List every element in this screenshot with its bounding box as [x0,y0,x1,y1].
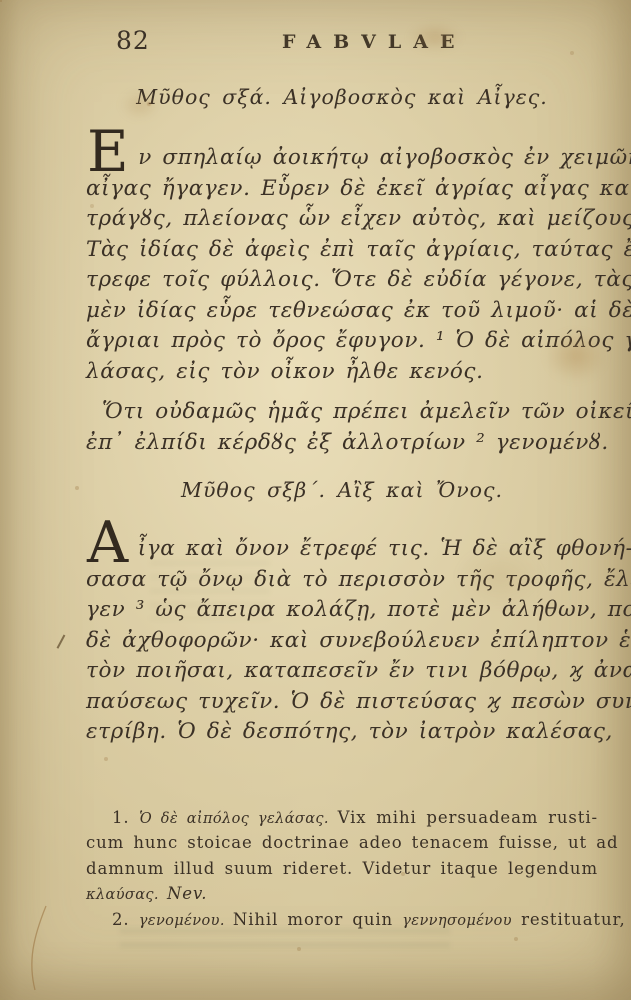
text-column: Μῦθος σξά. Αἰγοβοσκὸς καὶ Αἶγες. Εν σπηλ… [86,84,598,932]
footnote-segment: Nihil moror quin [233,910,402,929]
fable-261-body: Εν σπηλαίῳ ἀοικήτῳ αἰγοβοσκὸς ἐν χειμῶνι… [86,143,598,387]
footnote-line: 1. Ὁ δὲ αἰπόλος γελάσας. Vix mihi persua… [86,805,598,831]
text-line: γεν ³ ὡς ἄπειρα κολάζῃ, ποτὲ μὲν ἀλήθων,… [86,595,598,626]
text-line: ετρίβη. Ὁ δὲ δεσπότης, τὸν ἰατρὸν καλέσα… [86,717,598,748]
text-line-content: ἶγα καὶ ὄνον ἔτρεφέ τις. Ἡ δὲ αἲξ φθονή- [138,536,631,561]
drop-cap-alpha: Α [87,521,129,551]
footnote-segment: 2. [112,910,139,929]
footnote-segment: κλαύσας. [86,887,167,903]
text-line: δὲ ἀχθοφορῶν· καὶ συνεβούλευεν ἐπίληπτον… [86,626,598,657]
page-number: 82 [116,26,150,55]
footnotes-section: 1. Ὁ δὲ αἰπόλος γελάσας. Vix mihi persua… [86,805,598,933]
footnote-segment: restituatur, [512,910,626,929]
text-line: αἶγας ἤγαγεν. Εὗρεν δὲ ἐκεῖ ἀγρίας αἶγας… [86,174,598,205]
text-line: λάσας, εἰς τὸν οἶκον ἦλθε κενός. [86,357,598,388]
text-line: μὲν ἰδίας εὗρε τεθνεώσας ἐκ τοῦ λιμοῦ· α… [86,296,598,327]
footnote-line: damnum illud suum rideret. Videtur itaqu… [86,856,598,882]
text-line: Εν σπηλαίῳ ἀοικήτῳ αἰγοβοσκὸς ἐν χειμῶνι [86,143,598,174]
fox-spots [0,0,2,2]
text-line: Τὰς ἰδίας δὲ ἀφεὶς ἐπὶ ταῖς ἀγρίαις, ταύ… [86,235,598,266]
footnote-segment: γεννησομένου [402,913,512,929]
text-line: παύσεως τυχεῖν. Ὁ δὲ πιστεύσας ϗ πεσὼν σ… [86,687,598,718]
footnote-line: cum hunc stoicae doctrinae adeo tenacem … [86,830,598,856]
text-line: σασα τῷ ὄνῳ διὰ τὸ περισσὸν τῆς τροφῆς, … [86,565,598,596]
text-line: τὸν ποιῆσαι, καταπεσεῖν ἔν τινι βόθρῳ, ϗ… [86,656,598,687]
text-line: τρεφε τοῖς φύλλοις. Ὅτε δὲ εὐδία γέγονε,… [86,265,598,296]
fable-261-moral: Ὅτι οὐδαμῶς ἡμᾶς πρέπει ἀμελεῖν τῶν οἰκε… [86,397,598,458]
moral-line: Ὅτι οὐδαμῶς ἡμᾶς πρέπει ἀμελεῖν τῶν οἰκε… [86,397,598,428]
footnote-segment: 1. [112,808,139,827]
text-line: τράγȣς, πλείονας ὧν εἶχεν αὐτὸς, καὶ μεί… [86,204,598,235]
scanned-book-page: 82 FABVLAE Μῦθος σξά. Αἰγοβοσκὸς καὶ Αἶγ… [0,0,631,1000]
fable-261-title: Μῦθος σξά. Αἰγοβοσκὸς καὶ Αἶγες. [86,84,598,110]
drop-cap-epsilon: Ε [87,130,129,160]
footnote-segment: Vix mihi persuadeam rusti- [338,808,598,827]
footnote-segment: Nev. [167,884,207,903]
text-line: Αἶγα καὶ ὄνον ἔτρεφέ τις. Ἡ δὲ αἲξ φθονή… [86,534,598,565]
footnote-segment: cum hunc stoicae doctrinae adeo tenacem … [86,833,618,852]
footnote-line: κλαύσας. Nev. [86,881,598,907]
footnote-segment: damnum illud suum rideret. Videtur itaqu… [86,859,598,878]
running-header: FABVLAE [282,31,467,53]
footnote-segment: γενομένου. [139,913,233,929]
fable-262-title: Μῦθος σξβ΄. Αἲξ καὶ Ὄνος. [86,477,598,503]
text-line: ἄγριαι πρὸς τὸ ὄρος ἔφυγον. ¹ Ὁ δὲ αἰπόλ… [86,326,598,357]
footnote-line: 2. γενομένου. Nihil moror quin γεννησομέ… [86,907,598,933]
margin-pen-mark [57,635,65,649]
text-line-content: ν σπηλαίῳ ἀοικήτῳ αἰγοβοσκὸς ἐν χειμῶνι [138,145,631,170]
footnote-segment: Ὁ δὲ αἰπόλος γελάσας. [139,811,337,827]
moral-line: ἐπ᾽ ἐλπίδι κέρδȣς ἐξ ἀλλοτρίων ² γενομέν… [86,428,598,459]
fable-262-body: Αἶγα καὶ ὄνον ἔτρεφέ τις. Ἡ δὲ αἲξ φθονή… [86,534,598,748]
